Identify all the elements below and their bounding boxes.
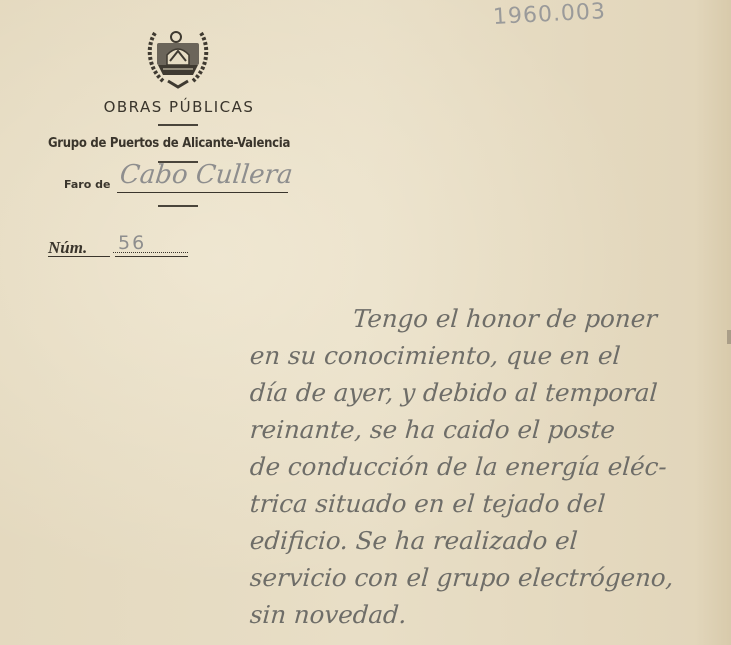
lighthouse-label: Faro de (64, 178, 110, 191)
divider (158, 124, 198, 126)
lighthouse-name: Cabo Cullera (118, 160, 294, 190)
letter-line: de conducción de la energía eléc- (249, 448, 731, 485)
letter-line: día de ayer, y debido al temporal (249, 374, 731, 411)
document-number: 56 (118, 232, 146, 254)
number-underline (48, 256, 110, 257)
letter-line: reinante, se ha caido el poste (249, 411, 731, 448)
divider (158, 205, 198, 207)
letter-line: edificio. Se ha realizado el (249, 522, 731, 559)
number-underline (115, 256, 188, 257)
letter-line: servicio con el grupo electrógeno, (249, 559, 731, 596)
letter-line: sin novedad. (249, 596, 731, 633)
port-group-name: Grupo de Puertos de Alicante-Valencia (48, 136, 290, 151)
number-label: Núm. (48, 238, 87, 258)
ministry-title: OBRAS PÚBLICAS (84, 98, 274, 116)
lighthouse-field-line (117, 192, 288, 193)
handwritten-letter-body: Tengo el honor de poner en su conocimien… (250, 300, 730, 633)
letter-line: trica situado en el tejado del (249, 485, 731, 522)
letter-line: en su conocimiento, que en el (249, 337, 731, 374)
obras-publicas-emblem-icon (143, 23, 213, 93)
letter-line: Tengo el honor de poner (249, 300, 731, 337)
